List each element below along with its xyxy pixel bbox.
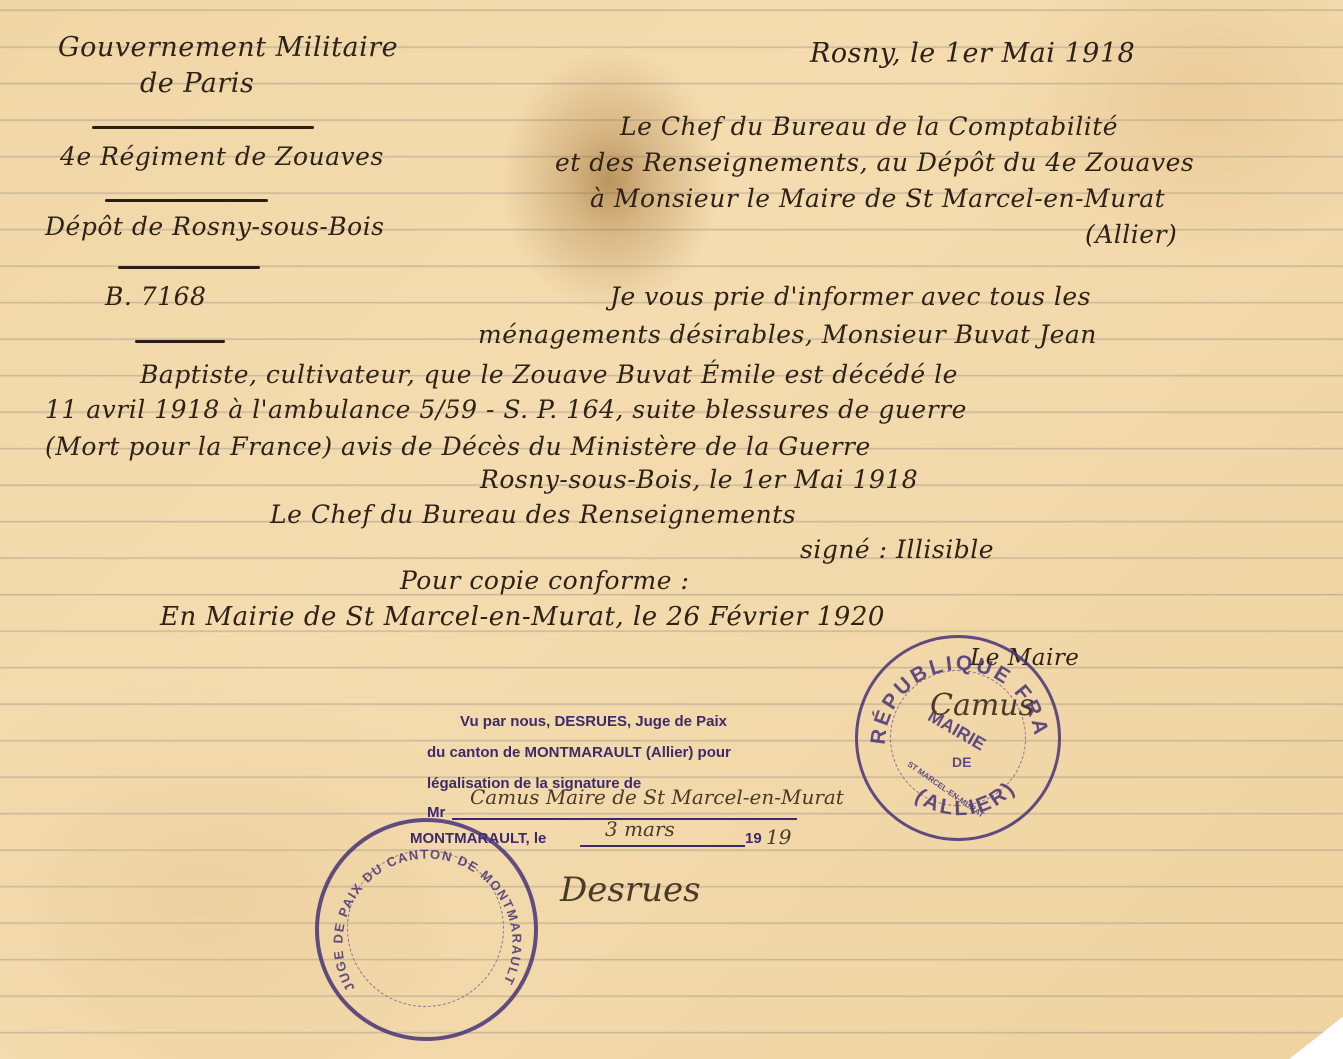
divider-rule xyxy=(105,199,268,202)
legalisation-line2: du canton de MONTMARAULT (Allier) pour xyxy=(427,744,731,761)
body-line1: Je vous prie d'informer avec tous les xyxy=(610,282,1091,311)
sender-line3: à Monsieur le Maire de St Marcel-en-Mura… xyxy=(590,184,1165,213)
mairie-signature: Camus xyxy=(930,688,1034,723)
copy-certification: Pour copie conforme : xyxy=(400,566,689,595)
justice-stamp-text-ring: JUGE DE PAIX DU CANTON DE MONTMARAULT xyxy=(315,818,538,1041)
divider-rule xyxy=(135,340,225,343)
legalisation-date-line xyxy=(580,845,745,847)
body-line2: ménagements désirables, Monsieur Buvat J… xyxy=(478,320,1097,349)
divider-rule xyxy=(92,126,314,129)
sender-line1: Le Chef du Bureau de la Comptabilité xyxy=(620,112,1118,141)
letterhead-line2: de Paris xyxy=(140,68,254,99)
legalisation-mr-value: Camus Maire de St Marcel-en-Murat xyxy=(470,785,844,809)
legalisation-date-value: 3 mars xyxy=(605,817,675,841)
sender-line2: et des Renseignements, au Dépôt du 4e Zo… xyxy=(555,148,1194,177)
divider-rule xyxy=(118,266,260,269)
reference-number: B. 7168 xyxy=(105,282,206,311)
body-line4: 11 avril 1918 à l'ambulance 5/59 - S. P.… xyxy=(45,395,967,424)
svg-text:JUGE DE PAIX DU CANTON DE MONT: JUGE DE PAIX DU CANTON DE MONTMARAULT xyxy=(330,847,524,994)
closing-signed: signé : Illisible xyxy=(800,535,994,564)
mairie-stamp-center2: DE xyxy=(952,754,971,770)
dateline: Rosny, le 1er Mai 1918 xyxy=(810,38,1135,69)
document-page: Gouvernement Militaire de Paris 4e Régim… xyxy=(0,0,1343,1059)
closing-title: Le Chef du Bureau des Renseignements xyxy=(270,500,796,529)
closing-place-date: Rosny-sous-Bois, le 1er Mai 1918 xyxy=(480,465,918,494)
judge-signature: Desrues xyxy=(560,870,701,910)
sender-line4: (Allier) xyxy=(1085,220,1177,249)
letterhead-line1: Gouvernement Militaire xyxy=(58,32,398,63)
legalisation-year-suffix: 19 xyxy=(766,825,791,849)
depot-name: Dépôt de Rosny-sous-Bois xyxy=(45,212,385,241)
body-line5: (Mort pour la France) avis de Décès du M… xyxy=(45,432,871,461)
mairie-dateline: En Mairie de St Marcel-en-Murat, le 26 F… xyxy=(160,602,885,632)
body-line3: Baptiste, cultivateur, que le Zouave Buv… xyxy=(140,360,958,389)
legalisation-line1: Vu par nous, DESRUES, Juge de Paix xyxy=(460,713,727,730)
regiment-name: 4e Régiment de Zouaves xyxy=(60,142,384,171)
legalisation-year-prefix: 19 xyxy=(745,830,762,847)
